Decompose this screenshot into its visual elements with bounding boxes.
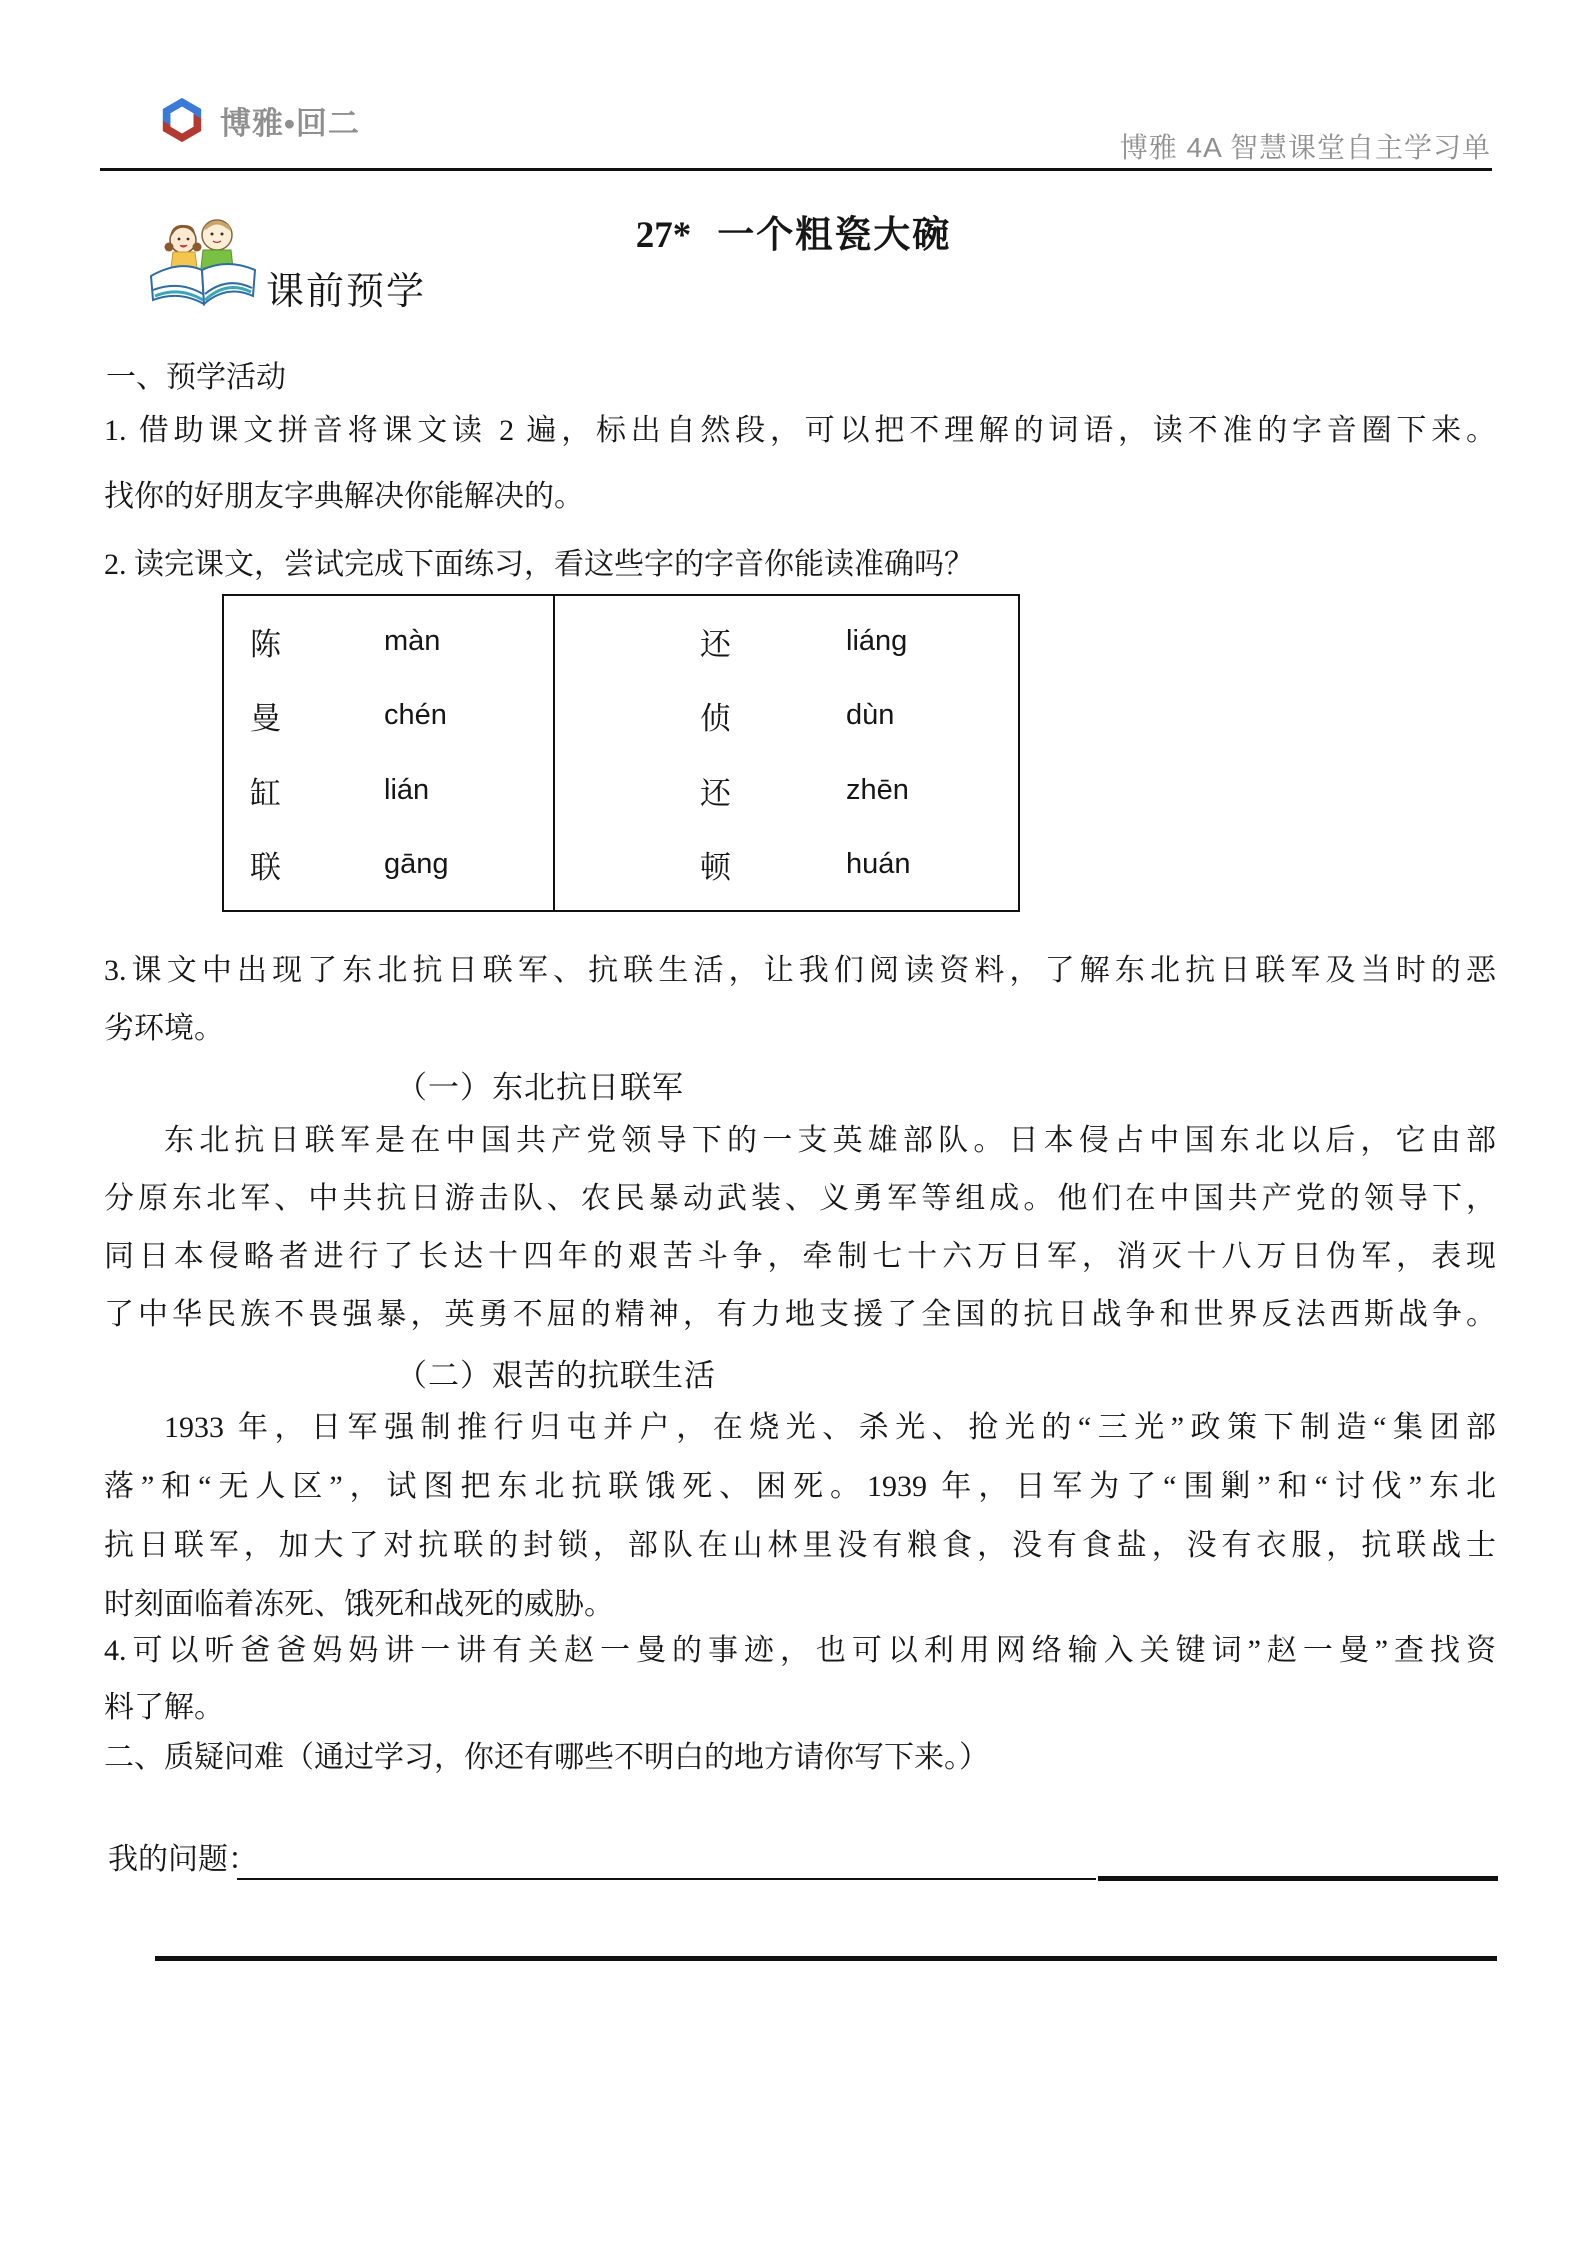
reading2-line1: 1933 年，日军强制推行归屯并户，在烧光、杀光、抢光的“三光”政策下制造“集团… xyxy=(104,1398,1496,1457)
table-row: 联 gāng xyxy=(224,828,553,903)
worksheet-page: 博雅•回二 博雅 4A 智慧课堂自主学习单 27*一个粗瓷大碗 课前预学 一、预… xyxy=(0,0,1587,2245)
reading1-line4: 了中华民族不畏强暴，英勇不屈的精神，有力地支援了全国的抗日战争和世界反法西斯战争… xyxy=(104,1286,1496,1344)
hanzi-cell: 曼 xyxy=(250,693,281,738)
table-row: 侦 dùn xyxy=(555,679,1018,754)
pinyin-cell: liáng xyxy=(846,625,907,658)
table-row: 还 zhēn xyxy=(555,753,1018,828)
reading2-line3: 抗日联军，加大了对抗联的封锁，部队在山林里没有粮食，没有食盐，没有衣服，抗联战士 xyxy=(104,1516,1496,1575)
my-question-label: 我的问题： xyxy=(108,1834,258,1878)
hanzi-cell: 陈 xyxy=(250,619,281,664)
pinyin-table-right-column: 还 liáng 侦 dùn 还 zhēn 顿 huán xyxy=(555,596,1018,910)
hanzi-cell: 缸 xyxy=(250,768,281,813)
table-row: 缸 lián xyxy=(224,753,553,828)
reading1-line1: 东北抗日联军是在中国共产党领导下的一支英雄部队。日本侵占中国东北以后，它由部 xyxy=(104,1112,1496,1170)
pre-study-label: 课前预学 xyxy=(266,260,426,315)
item2: 2. 读完课文，尝试完成下面练习，看这些字的字音你能读准确吗？ xyxy=(104,532,1496,598)
pinyin-cell: zhēn xyxy=(846,774,909,807)
reading1-line3: 同日本侵略者进行了长达十四年的艰苦斗争，牵制七十六万日军，消灭十八万日伪军，表现 xyxy=(104,1228,1496,1286)
answer-blank-line-3[interactable] xyxy=(155,1956,1497,1961)
item3: 3.课文中出现了东北抗日联军、抗联生活，让我们阅读资料，了解东北抗日联军及当时的… xyxy=(104,942,1496,1058)
pinyin-cell: chén xyxy=(384,699,447,732)
pinyin-cell: màn xyxy=(384,625,440,658)
pinyin-cell: dùn xyxy=(846,699,894,732)
answer-blank-line-2[interactable] xyxy=(1098,1832,1498,1881)
reading2-line2: 落”和“无人区”，试图把东北抗联饿死、困死。1939 年，日军为了“围剿”和“讨… xyxy=(104,1457,1496,1516)
item4: 4.可以听爸爸妈妈讲一讲有关赵一曼的事迹，也可以利用网络输入关键词”赵一曼”查找… xyxy=(104,1622,1496,1736)
table-row: 曼 chén xyxy=(224,679,553,754)
hanzi-cell: 还 xyxy=(700,619,731,664)
logo: 博雅•回二 xyxy=(158,94,360,146)
pinyin-cell: lián xyxy=(384,774,429,807)
my-question-row: 我的问题： xyxy=(108,1832,1498,1878)
answer-blank-line-1[interactable] xyxy=(237,1832,1096,1880)
hanzi-cell: 联 xyxy=(250,842,281,887)
pinyin-cell: gāng xyxy=(384,848,449,881)
item1: 1. 借助课文拼音将课文读 2 遍，标出自然段，可以把不理解的词语，读不准的字音… xyxy=(104,398,1496,530)
hanzi-cell: 顿 xyxy=(700,842,731,887)
reading1-body: 东北抗日联军是在中国共产党领导下的一支英雄部队。日本侵占中国东北以后，它由部 分… xyxy=(104,1112,1496,1344)
item1-line1: 1. 借助课文拼音将课文读 2 遍，标出自然段，可以把不理解的词语，读不准的字音… xyxy=(104,398,1496,464)
section2-heading: 二、质疑问难（通过学习，你还有哪些不明白的地方请你写下来。） xyxy=(104,1732,989,1776)
logo-icon xyxy=(158,94,206,146)
logo-text: 博雅•回二 xyxy=(220,98,360,143)
section1-heading: 一、预学活动 xyxy=(106,352,286,396)
lesson-title: 一个粗瓷大碗 xyxy=(717,215,951,256)
reading2-heading: （二）艰苦的抗联生活 xyxy=(396,1350,716,1395)
item4-line1: 4.可以听爸爸妈妈讲一讲有关赵一曼的事迹，也可以利用网络输入关键词”赵一曼”查找… xyxy=(104,1622,1496,1679)
children-reading-book-icon xyxy=(143,216,263,314)
item3-line1: 3.课文中出现了东北抗日联军、抗联生活，让我们阅读资料，了解东北抗日联军及当时的… xyxy=(104,942,1496,1000)
hanzi-cell: 侦 xyxy=(700,693,731,738)
header-divider xyxy=(100,168,1492,171)
item1-line2: 找你的好朋友字典解决你能解决的。 xyxy=(104,464,1496,530)
pinyin-cell: huán xyxy=(846,848,911,881)
pinyin-table-left-column: 陈 màn 曼 chén 缸 lián 联 gāng xyxy=(224,596,555,910)
header-subtitle: 博雅 4A 智慧课堂自主学习单 xyxy=(1120,126,1491,166)
lesson-number: 27* xyxy=(636,215,692,256)
table-row: 顿 huán xyxy=(555,828,1018,903)
pinyin-matching-table: 陈 màn 曼 chén 缸 lián 联 gāng 还 liáng 侦 xyxy=(222,594,1020,912)
item4-line2: 料了解。 xyxy=(104,1679,1496,1736)
hanzi-cell: 还 xyxy=(700,768,731,813)
table-row: 陈 màn xyxy=(224,604,553,679)
reading1-heading: （一）东北抗日联军 xyxy=(396,1062,684,1107)
reading2-body: 1933 年，日军强制推行归屯并户，在烧光、杀光、抢光的“三光”政策下制造“集团… xyxy=(104,1398,1496,1634)
item2-line1: 2. 读完课文，尝试完成下面练习，看这些字的字音你能读准确吗？ xyxy=(104,532,1496,598)
reading1-line2: 分原东北军、中共抗日游击队、农民暴动武装、义勇军等组成。他们在中国共产党的领导下… xyxy=(104,1170,1496,1228)
table-row: 还 liáng xyxy=(555,604,1018,679)
item3-line2: 劣环境。 xyxy=(104,1000,1496,1058)
